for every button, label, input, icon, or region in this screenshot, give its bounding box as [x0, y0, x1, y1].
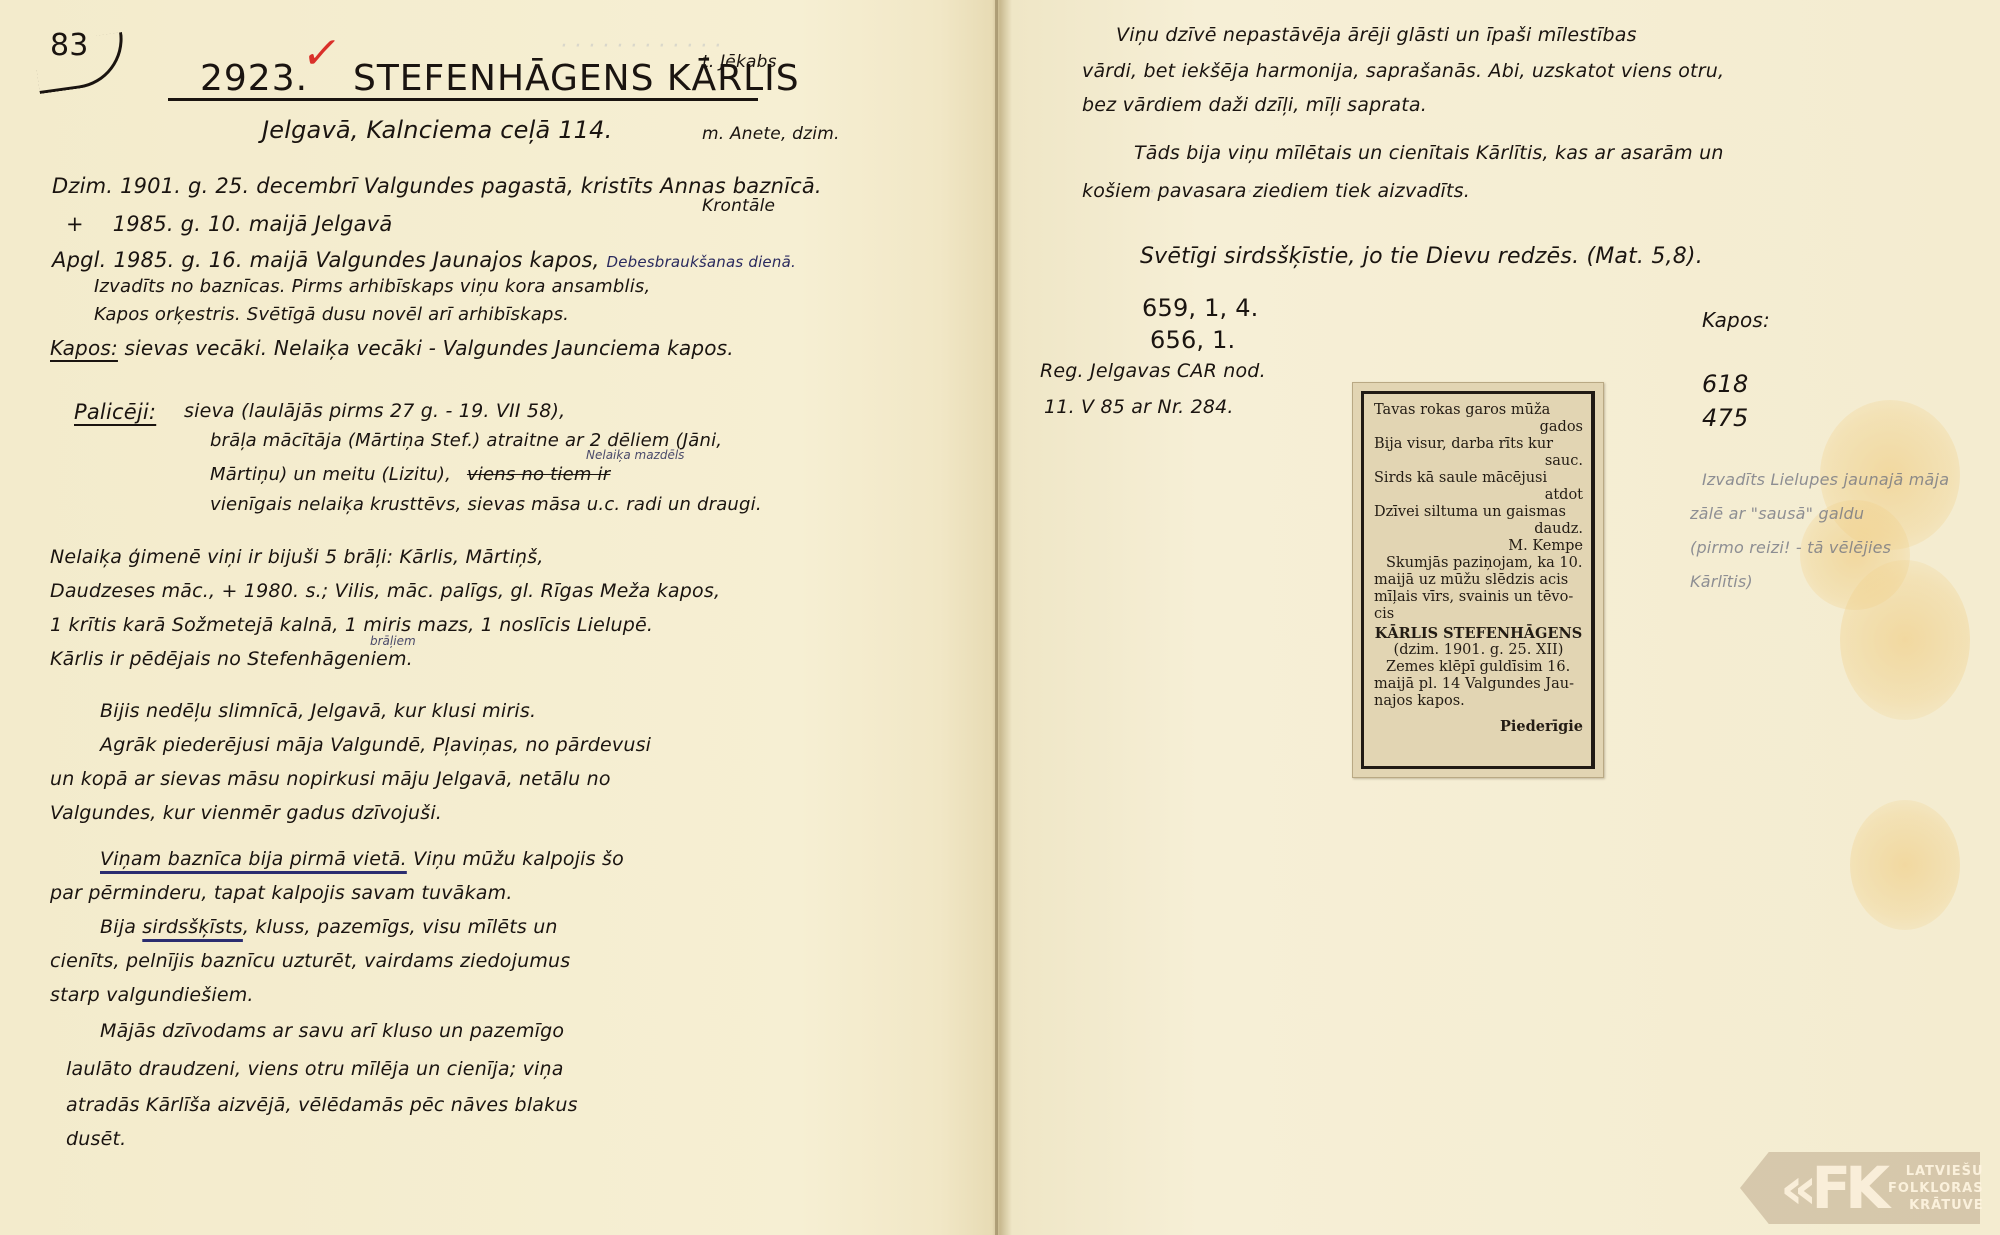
church-line-4: cienīts, pelnījis baznīcu uzturēt, vaird… [50, 950, 570, 972]
birth-line: Dzim. 1901. g. 25. decembrī Valgundes pa… [52, 174, 822, 198]
second-line-2: košiem pavasara ziediem tiek aizvadīts. [1082, 180, 1470, 202]
survivors-label: Palicēji: [74, 400, 156, 424]
home-line-3: atradās Kārlīša aizvējā, vēlēdamās pēc n… [66, 1094, 578, 1116]
registration-line-1: Reg. Jelgavas CAR nod. [1040, 360, 1266, 382]
hymn-number-2: 656, 1. [1150, 326, 1235, 354]
church-line-5: starp valgundiešiem. [50, 984, 254, 1006]
obituary-clipping: Tavas rokas garos mūža gados Bija visur,… [1352, 382, 1604, 778]
poem-author: M. Kempe [1374, 538, 1583, 555]
logo-text: LATVIEŠU FOLKLORAS KRĀTUVE [1888, 1163, 1984, 1214]
parents-note: t. Jēkabs m. Anete, dzim. Krontāle [702, 2, 840, 266]
survivors-superscript: Nelaiķa mazdēls [586, 448, 684, 462]
folklore-archive-logo: «FK LATVIEŠU FOLKLORAS KRĀTUVE [1740, 1152, 1980, 1224]
water-stain [1840, 560, 1970, 720]
registration-line-2: 11. V 85 ar Nr. 284. [1044, 396, 1234, 418]
family-line-4: Kārlis ir pēdējais no Stefenhāgeniem. [50, 648, 413, 670]
kapos-label-right: Kapos: [1702, 308, 1770, 332]
pencil-note-1: Izvadīts Lielupes jaunajā māja [1702, 470, 1949, 489]
family-superscript: brāļiem [370, 634, 416, 648]
clipping-border: Tavas rokas garos mūža gados Bija visur,… [1361, 391, 1595, 769]
survivors-line-4: vienīgais nelaiķa krusttēvs, sievas māsa… [210, 494, 762, 515]
entry-number: 2923. [200, 58, 308, 99]
second-line-1: Tāds bija viņu mīlētais un cienītais Kār… [1134, 142, 1724, 164]
survivors-line-1: sieva (laulājās pirms 27 g. - 19. VII 58… [184, 400, 565, 422]
family-line-3: 1 krītis karā Sožmetejā kalnā, 1 miris m… [50, 614, 653, 636]
open-notebook-spread: · · · · · · · · · · · · · · · · · · · · … [0, 0, 2000, 1235]
survivors-line-3: Mārtiņu) un meitu (Lizitu), viens no tie… [210, 464, 610, 485]
church-line-2: par pērminderu, tapat kalpojis savam tuv… [50, 882, 513, 904]
page-number-arc [33, 32, 129, 94]
signature: Piederīgie [1374, 718, 1583, 735]
kapos-number-2: 475 [1702, 404, 1748, 432]
church-line-1: Viņam baznīca bija pirmā vietā. Viņu mūž… [100, 848, 624, 870]
kapos-line: Kapos: sievas vecāki. Nelaiķa vecāki - V… [50, 336, 734, 360]
life-line-4: Valgundes, kur vienmēr gadus dzīvojuši. [50, 802, 442, 824]
opening-line-2: vārdi, bet iekšēja harmonija, saprašanās… [1082, 60, 1724, 82]
home-line-4: dusēt. [66, 1128, 126, 1150]
deceased-name: KĀRLIS STEFENHĀGENS [1374, 625, 1583, 642]
title-underline [168, 98, 758, 101]
pencil-note-3: (pirmo reizi! - tā vēlējies [1690, 538, 1891, 557]
opening-line-3: bez vārdiem daži dzīļi, mīļi saprata. [1082, 94, 1427, 116]
birth-date: (dzim. 1901. g. 25. XII) [1374, 642, 1583, 659]
church-line-3: Bija sirdsšķīsts, kluss, pazemīgs, visu … [100, 916, 558, 938]
hymn-number-1: 659, 1, 4. [1142, 294, 1259, 322]
burial-detail-1: Izvadīts no baznīcas. Pirms arhibīskaps … [94, 276, 650, 297]
family-line-2: Daudzeses māc., + 1980. s.; Vilis, māc. … [50, 580, 720, 602]
life-line-1: Bijis nedēļu slimnīcā, Jelgavā, kur klus… [100, 700, 536, 722]
family-line-1: Nelaiķa ģimenē viņi ir bijuši 5 brāļi: K… [50, 546, 544, 568]
pencil-note-4: Kārlītis) [1690, 572, 1753, 591]
book-spine [995, 0, 998, 1235]
life-line-2: Agrāk piederējusi māja Valgundē, Pļaviņa… [100, 734, 651, 756]
pencil-note-2: zālē ar "sausā" galdu [1690, 504, 1864, 523]
scripture-quote: Svētīgi sirdsšķīstie, jo tie Dievu redzē… [1140, 244, 1703, 269]
home-line-1: Mājās dzīvodams ar savu arī kluso un paz… [100, 1020, 564, 1042]
left-page: 83 2923. STEFENHĀGENS KĀRLIS ✓ t. Jēkabs… [0, 0, 990, 1235]
burial-line: Apgl. 1985. g. 16. maijā Valgundes Jauna… [52, 248, 796, 272]
death-line: + 1985. g. 10. maijā Jelgavā [66, 212, 392, 236]
address: Jelgavā, Kalnciema ceļā 114. [262, 116, 612, 144]
water-stain [1850, 800, 1960, 930]
logo-mark-icon: «FK [1780, 1154, 1884, 1222]
home-line-2: laulāto draudzeni, viens otru mīlēja un … [66, 1058, 564, 1080]
opening-line-1: Viņu dzīvē nepastāvēja ārēji glāsti un ī… [1116, 24, 1637, 46]
life-line-3: un kopā ar sievas māsu nopirkusi māju Je… [50, 768, 611, 790]
burial-detail-2: Kapos orķestris. Svētīgā dusu novēl arī … [94, 304, 569, 325]
kapos-number-1: 618 [1702, 370, 1748, 398]
